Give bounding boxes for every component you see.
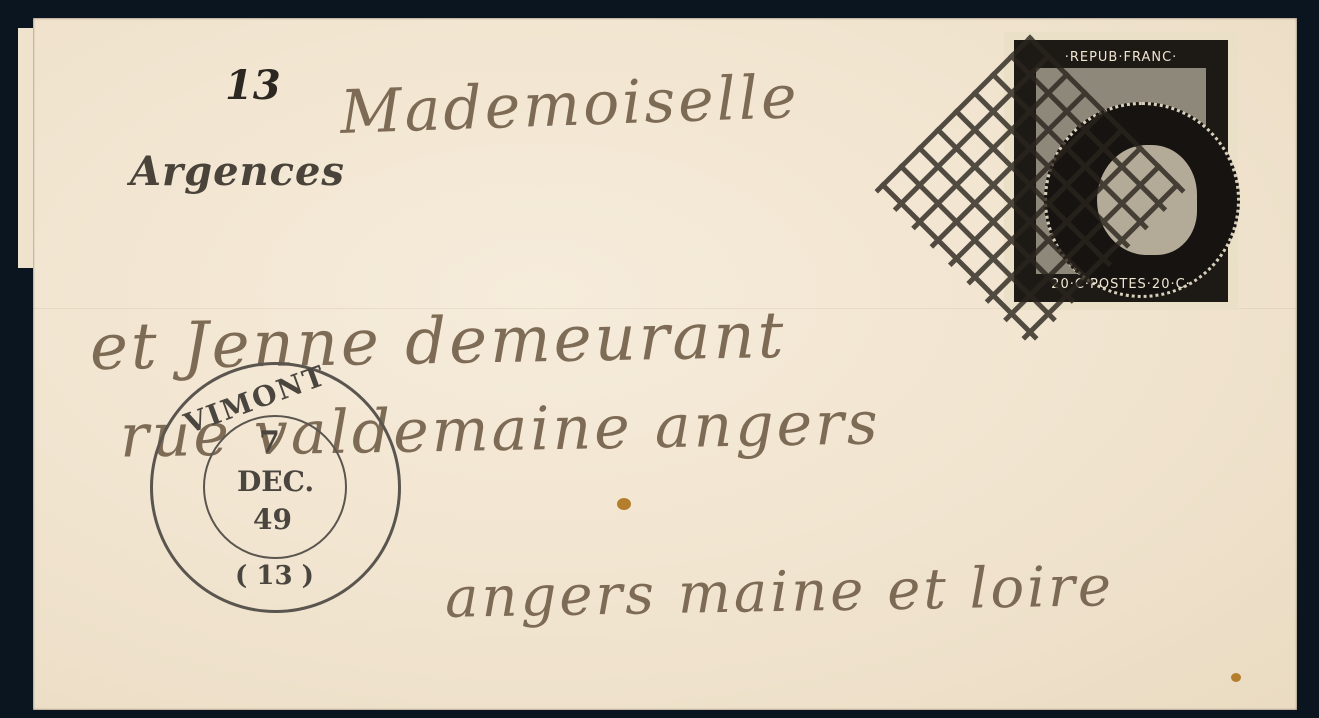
- address-line-2: et Jenne demeurant: [89, 299, 787, 385]
- foxing-spot: [617, 498, 631, 510]
- origin-postmark-number: 13: [225, 62, 281, 109]
- origin-postmark-town: Argences: [130, 148, 345, 195]
- foxing-spot: [1231, 673, 1241, 682]
- circular-date-stamp: VIMONT 7 DEC. 49 ( 13 ): [150, 362, 401, 613]
- address-line-4: angers maine et loire: [444, 554, 1114, 631]
- date-stamp-day: 7: [259, 425, 280, 460]
- date-stamp-month: DEC.: [237, 465, 314, 498]
- date-stamp-department: ( 13 ): [235, 561, 314, 591]
- date-stamp-year: 49: [253, 503, 292, 536]
